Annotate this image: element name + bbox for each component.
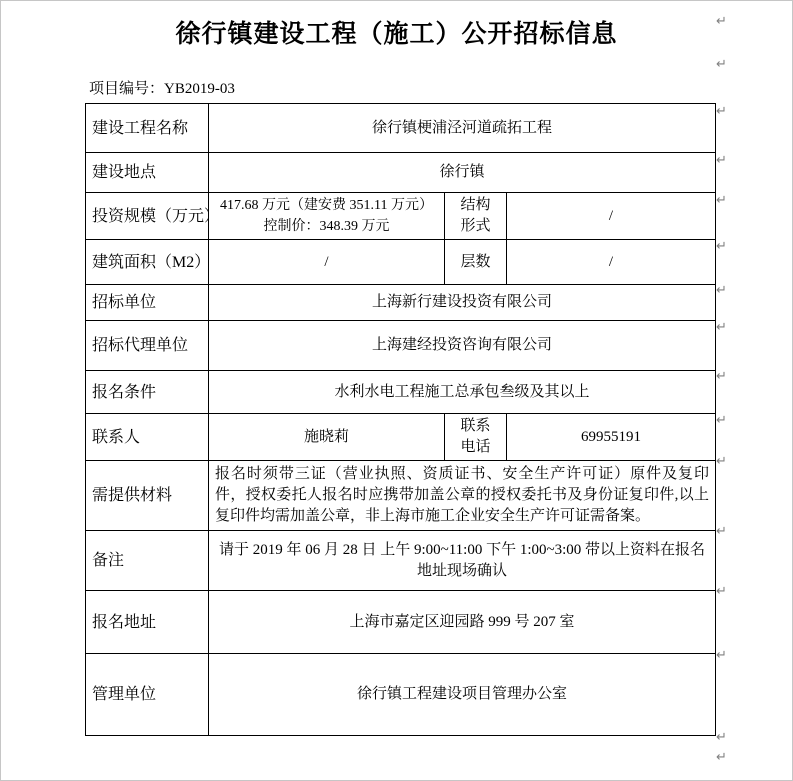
- table-row: 招标单位 上海新行建设投资有限公司: [86, 285, 716, 321]
- registration-address-value: 上海市嘉定区迎园路 999 号 207 室: [209, 591, 716, 654]
- paragraph-mark-icon: ↵: [716, 58, 727, 72]
- paragraph-mark-icon: ↵: [716, 585, 727, 599]
- registration-requirements-value: 水利水电工程施工总承包叁级及其以上: [209, 371, 716, 414]
- tendering-unit-label: 招标单位: [86, 285, 209, 321]
- table-row: 建设地点 徐行镇: [86, 153, 716, 193]
- investment-scale-label: 投资规模（万元）: [86, 193, 209, 240]
- table-row: 投资规模（万元） 417.68 万元（建安费 351.11 万元） 控制价：34…: [86, 193, 716, 240]
- paragraph-mark-icon: ↵: [716, 649, 727, 663]
- table-row: 建设工程名称 徐行镇梗浦泾河道疏拓工程: [86, 104, 716, 153]
- management-unit-value: 徐行镇工程建设项目管理办公室: [209, 654, 716, 736]
- table-row: 需提供材料 报名时须带三证（营业执照、资质证书、安全生产许可证）原件及复印件，授…: [86, 461, 716, 531]
- table-row: 管理单位 徐行镇工程建设项目管理办公室: [86, 654, 716, 736]
- paragraph-mark-icon: ↵: [716, 15, 727, 29]
- paragraph-mark-icon: ↵: [716, 321, 727, 335]
- contact-phone-value: 69955191: [507, 414, 716, 461]
- contact-person-label: 联系人: [86, 414, 209, 461]
- paragraph-mark-icon: ↵: [716, 154, 727, 168]
- registration-requirements-label: 报名条件: [86, 371, 209, 414]
- paragraph-mark-icon: ↵: [716, 105, 727, 119]
- paragraph-mark-icon: ↵: [716, 284, 727, 298]
- paragraph-mark-icon: ↵: [716, 194, 727, 208]
- contact-person-value: 施晓莉: [209, 414, 445, 461]
- document-page: 徐行镇建设工程（施工）公开招标信息 项目编号：YB2019-03 建设工程名称 …: [0, 0, 793, 781]
- tendering-unit-value: 上海新行建设投资有限公司: [209, 285, 716, 321]
- remarks-label: 备注: [86, 531, 209, 591]
- paragraph-mark-icon: ↵: [716, 525, 727, 539]
- table-row: 报名条件 水利水电工程施工总承包叁级及其以上: [86, 371, 716, 414]
- floors-value: /: [507, 240, 716, 285]
- paragraph-mark-icon: ↵: [716, 414, 727, 428]
- tendering-agency-value: 上海建经投资咨询有限公司: [209, 321, 716, 371]
- structure-type-value: /: [507, 193, 716, 240]
- investment-scale-value: 417.68 万元（建安费 351.11 万元） 控制价：348.39 万元: [209, 193, 445, 240]
- required-materials-label: 需提供材料: [86, 461, 209, 531]
- project-name-label: 建设工程名称: [86, 104, 209, 153]
- paragraph-mark-icon: ↵: [716, 751, 727, 765]
- floors-label: 层数: [445, 240, 507, 285]
- contact-phone-label: 联系 电话: [445, 414, 507, 461]
- required-materials-value: 报名时须带三证（营业执照、资质证书、安全生产许可证）原件及复印件，授权委托人报名…: [209, 461, 716, 531]
- registration-address-label: 报名地址: [86, 591, 209, 654]
- bidding-info-table: 建设工程名称 徐行镇梗浦泾河道疏拓工程 建设地点 徐行镇 投资规模（万元） 41…: [85, 103, 716, 736]
- paragraph-mark-icon: ↵: [716, 731, 727, 745]
- tendering-agency-label: 招标代理单位: [86, 321, 209, 371]
- document-title: 徐行镇建设工程（施工）公开招标信息: [1, 14, 792, 50]
- project-name-value: 徐行镇梗浦泾河道疏拓工程: [209, 104, 716, 153]
- project-number: 项目编号：YB2019-03: [89, 77, 235, 98]
- floor-area-value: /: [209, 240, 445, 285]
- paragraph-mark-icon: ↵: [716, 240, 727, 254]
- table-row: 建筑面积（M2） / 层数 /: [86, 240, 716, 285]
- paragraph-mark-icon: ↵: [716, 455, 727, 469]
- structure-type-label: 结构 形式: [445, 193, 507, 240]
- floor-area-label: 建筑面积（M2）: [86, 240, 209, 285]
- remarks-value: 请于 2019 年 06 月 28 日 上午 9:00~11:00 下午 1:0…: [209, 531, 716, 591]
- management-unit-label: 管理单位: [86, 654, 209, 736]
- paragraph-mark-icon: ↵: [716, 370, 727, 384]
- table-row: 招标代理单位 上海建经投资咨询有限公司: [86, 321, 716, 371]
- construction-site-value: 徐行镇: [209, 153, 716, 193]
- construction-site-label: 建设地点: [86, 153, 209, 193]
- table-row: 联系人 施晓莉 联系 电话 69955191: [86, 414, 716, 461]
- table-row: 报名地址 上海市嘉定区迎园路 999 号 207 室: [86, 591, 716, 654]
- table-row: 备注 请于 2019 年 06 月 28 日 上午 9:00~11:00 下午 …: [86, 531, 716, 591]
